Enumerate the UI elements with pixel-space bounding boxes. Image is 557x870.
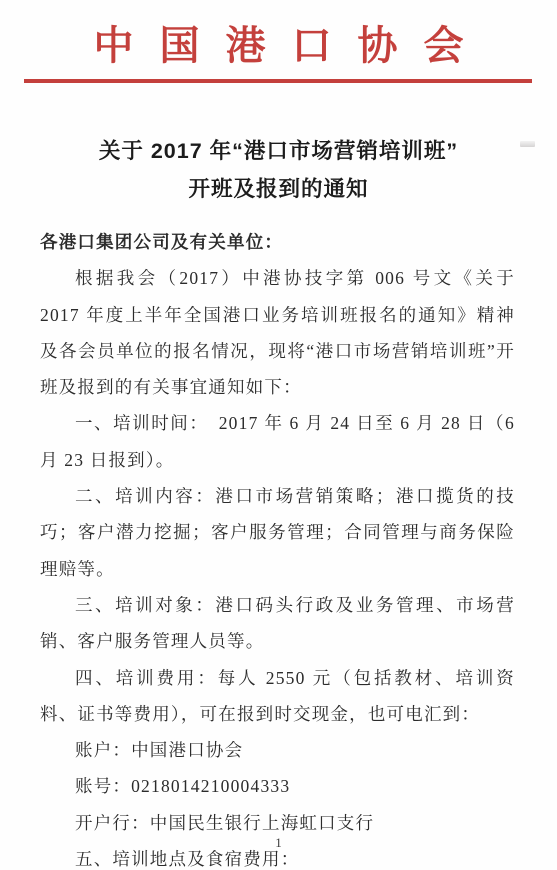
paragraph: 账户：中国港口协会 [40, 732, 515, 768]
scan-smudge-artifact [520, 141, 535, 147]
page-number: 1 [0, 835, 557, 851]
document-title-line-1: 关于 2017 年“港口市场营销培训班” [0, 132, 557, 170]
document-title-line-2: 开班及报到的通知 [0, 170, 557, 208]
paragraph: 根据我会（2017）中港协技字第 006 号文《关于 2017 年度上半年全国港… [40, 260, 515, 405]
document-title: 关于 2017 年“港口市场营销培训班” 开班及报到的通知 [0, 132, 557, 208]
organization-name: 中国港口协会 [94, 26, 490, 66]
document-body: 各港口集团公司及有关单位： 根据我会（2017）中港协技字第 006 号文《关于… [40, 224, 515, 870]
paragraph: 一、培训时间： 2017 年 6 月 24 日至 6 月 28 日（6 月 23… [40, 405, 515, 478]
letterhead-divider [24, 79, 532, 83]
paragraph-list: 根据我会（2017）中港协技字第 006 号文《关于 2017 年度上半年全国港… [40, 260, 515, 870]
paragraph: 账号：0218014210004333 [40, 768, 515, 804]
letterhead: 中国港口协会 [0, 0, 557, 66]
paragraph: 三、培训对象：港口码头行政及业务管理、市场营销、客户服务管理人员等。 [40, 587, 515, 660]
salutation: 各港口集团公司及有关单位： [40, 224, 515, 260]
paragraph: 二、培训内容：港口市场营销策略；港口揽货的技巧；客户潜力挖掘；客户服务管理；合同… [40, 478, 515, 587]
paragraph: 四、培训费用：每人 2550 元（包括教材、培训资料、证书等费用），可在报到时交… [40, 660, 515, 733]
scanned-notice-page: 中国港口协会 关于 2017 年“港口市场营销培训班” 开班及报到的通知 各港口… [0, 0, 557, 870]
